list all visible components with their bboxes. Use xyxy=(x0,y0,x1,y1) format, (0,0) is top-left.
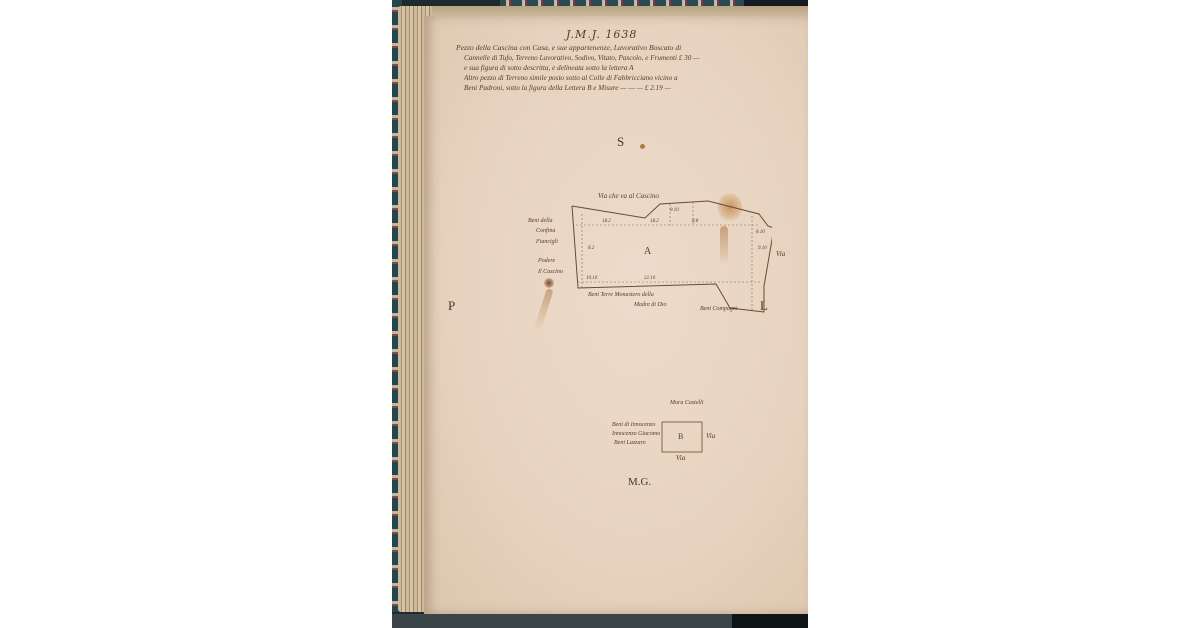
measurement: 9.10 xyxy=(758,246,767,251)
map-a-left-label: Il Cascino xyxy=(538,269,563,275)
compass-south: M.G. xyxy=(628,476,651,488)
image-viewer: J.M.J. 1638 Pezzo della Cascina con Casa… xyxy=(0,0,1200,628)
map-b-right-label: Via xyxy=(706,432,715,440)
measurement: 8.2 xyxy=(588,246,594,251)
scan-background-bottom-dark xyxy=(732,614,808,628)
text-line: e sua figura di sotto descritta, e delin… xyxy=(456,63,804,73)
measurement: 8.8 xyxy=(692,219,698,224)
map-b-left-label: Beni Lazzaro xyxy=(614,440,646,446)
parcel-map-b: Mura Castelli B Beni di Innocenzo Innoce… xyxy=(612,388,732,478)
compass-north: S xyxy=(617,134,624,150)
measurement: 9.10 xyxy=(670,208,679,213)
measurement: 10.10 xyxy=(586,276,597,281)
map-b-bottom-label: Via xyxy=(676,454,685,462)
text-line: Beni Padroni, sotto la figura della Lett… xyxy=(456,83,804,93)
map-a-letter: A xyxy=(644,246,651,257)
map-b-letter: B xyxy=(678,432,683,441)
manuscript-page: J.M.J. 1638 Pezzo della Cascina con Casa… xyxy=(424,16,808,614)
ink-dot xyxy=(640,144,645,149)
map-a-left-label: Beni della xyxy=(528,218,553,224)
map-a-top-label: Via che va al Cascino xyxy=(598,192,659,200)
measurement: 18.2 xyxy=(650,219,659,224)
parcel-map-a: Via che va al Cascino A Beni della Confi… xyxy=(532,184,772,324)
description-text: Pezzo della Cascina con Casa, e sue appa… xyxy=(456,43,804,93)
map-a-left-label: Podere xyxy=(538,258,555,264)
map-b-left-label: Innocenzo Giacomo xyxy=(612,431,660,437)
map-a-bottom-label: Beni Compagni xyxy=(700,306,738,312)
measurement: 22.10 xyxy=(644,276,655,281)
compass-west: P xyxy=(448,298,455,314)
text-line: Cannelle di Tufo, Terreno Lavorativo, So… xyxy=(456,53,804,63)
map-a-bottom-label: Madre di Dio xyxy=(634,302,666,308)
measurement: 8.10 xyxy=(756,230,765,235)
measurement: 18.2 xyxy=(602,219,611,224)
map-b-left-label: Beni di Innocenzo xyxy=(612,422,655,428)
map-b-top-label: Mura Castelli xyxy=(670,400,704,406)
map-a-left-label: Confina xyxy=(536,228,555,234)
manuscript-scan: J.M.J. 1638 Pezzo della Cascina con Casa… xyxy=(392,0,808,628)
map-a-right-label: Via xyxy=(776,250,785,258)
header-date: J.M.J. 1638 xyxy=(566,28,637,41)
map-a-left-label: Fiancigli xyxy=(536,239,558,245)
map-a-bottom-label: Beni Terre Monastero della xyxy=(588,292,654,298)
text-line: Altro pezzo di Terreno simile posto sott… xyxy=(456,73,804,83)
text-line: Pezzo della Cascina con Casa, e sue appa… xyxy=(456,43,804,53)
